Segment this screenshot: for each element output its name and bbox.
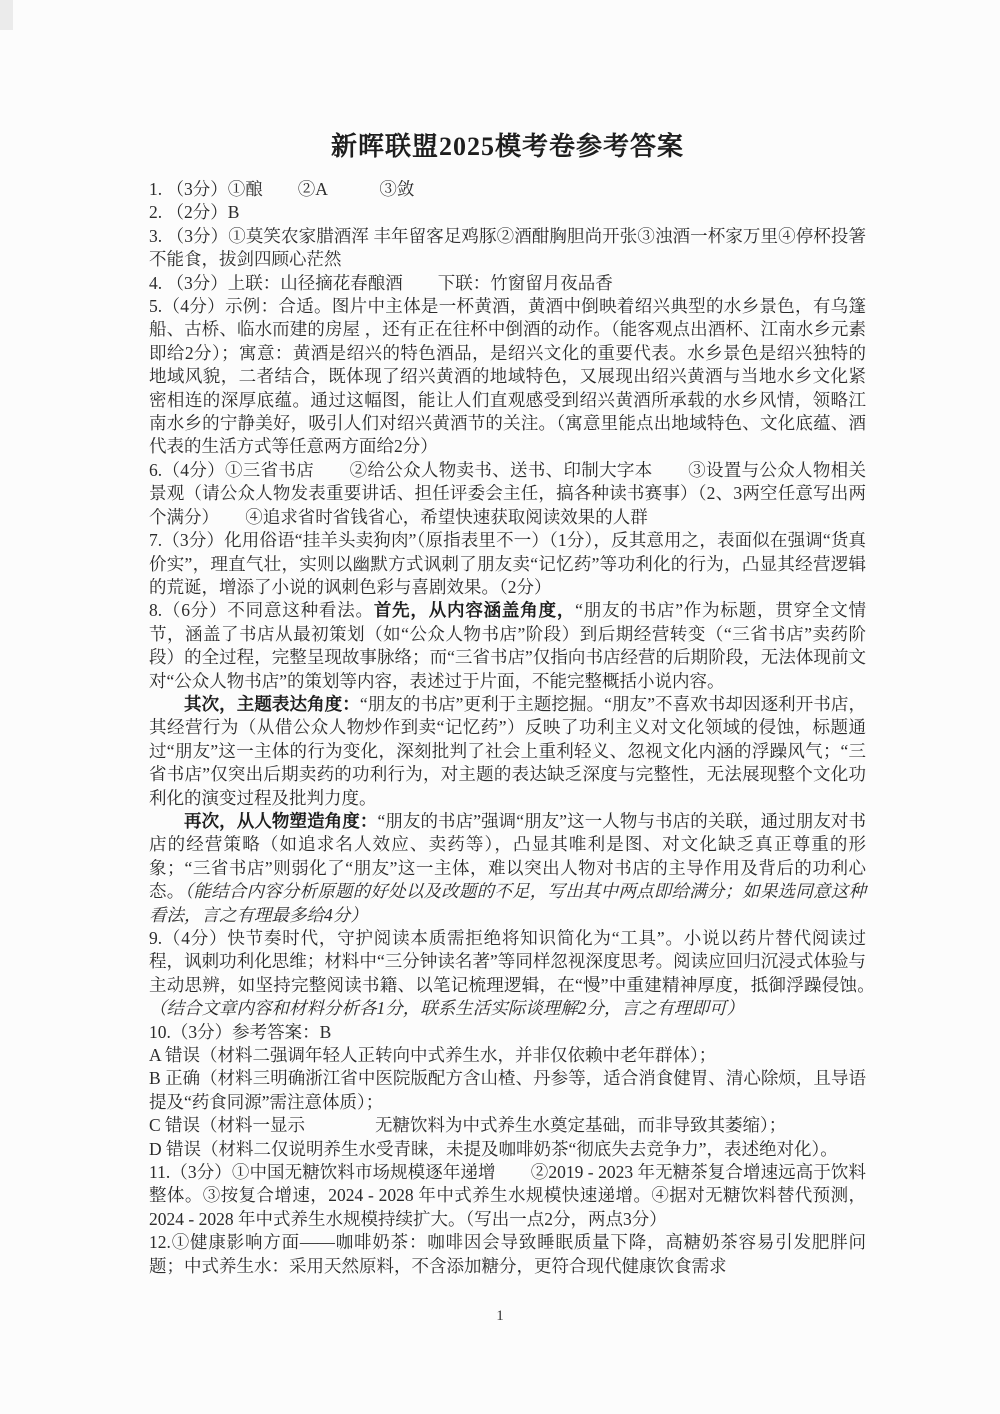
answer-q4: 4. （3分）上联：山径摘花春酿酒 下联：竹窗留月夜品香 [149,272,866,295]
answer-q10-option-c: C 错误（材料一显示 无糖饮料为中式养生水奠定基础，而非导致其萎缩）； [149,1114,866,1137]
answer-q8-lead: 8.（6分）不同意这种看法。 [149,600,374,620]
answers-content: 新晖联盟2025模考卷参考答案 1. （3分）①酿 ②A ③敛 2. （2分）B… [149,130,866,1278]
answer-q1: 1. （3分）①酿 ②A ③敛 [149,178,866,201]
answer-q6: 6.（4分）①三省书店 ②给公众人物卖书、送书、印制大字本 ③设置与公众人物相关… [149,459,866,529]
page-title: 新晖联盟2025模考卷参考答案 [149,130,866,164]
answer-q8c-grading-note: （能结合内容分析原题的好处以及改题的不足，写出其中两点即给满分；如果选同意这种看… [149,881,866,924]
answer-q7: 7.（3分）化用俗语“挂羊头卖狗肉”（原指表里不一）（1分），反其意用之，表面似… [149,529,866,599]
scan-artifact [0,0,13,30]
answer-q8-theme-angle: 其次，主题表达角度：“朋友的书店”更利于主题挖掘。“朋友”不喜欢书却因逐利开书店… [149,693,866,810]
answer-q8b-bold-heading: 其次，主题表达角度： [184,694,360,714]
answer-q8-character-angle: 再次，从人物塑造角度：“朋友的书店”强调“朋友”这一人物与书店的关联，通过朋友对… [149,810,866,927]
answer-q10: 10.（3分）参考答案：B [149,1021,866,1044]
answer-q9-grading-note: （结合文章内容和材料分析各1分，联系生活实际谈理解2分，言之有理即可） [149,998,744,1018]
answer-sheet-page: 新晖联盟2025模考卷参考答案 1. （3分）①酿 ②A ③敛 2. （2分）B… [0,0,1000,1414]
answer-q8c-bold-heading: 再次，从人物塑造角度： [184,811,377,831]
answer-q8-content-angle: 8.（6分）不同意这种看法。首先，从内容涵盖角度，“朋友的书店”作为标题，贯穿全… [149,599,866,693]
answer-q8-bold-heading: 首先，从内容涵盖角度， [374,600,575,620]
page-number: 1 [0,1308,1000,1325]
answer-q9: 9.（4分）快节奏时代，守护阅读本质需拒绝将知识简化为“工具”。小说以药片替代阅… [149,927,866,1021]
answer-q12: 12.①健康影响方面——咖啡奶茶：咖啡因会导致睡眠质量下降，高糖奶茶容易引发肥胖… [149,1231,866,1278]
answer-q5: 5.（4分）示例：合适。图片中主体是一杯黄酒，黄酒中倒映着绍兴典型的水乡景色，有… [149,295,866,459]
answer-q10-option-b: B 正确（材料三明确浙江省中医院版配方含山楂、丹参等，适合消食健胃、清心除烦，且… [149,1067,866,1114]
answer-q2: 2. （2分）B [149,201,866,224]
answer-q10-option-a: A 错误（材料二强调年轻人正转向中式养生水，并非仅依赖中老年群体）； [149,1044,866,1067]
answer-q11: 11.（3分）①中国无糖饮料市场规模逐年递增 ②2019 - 2023 年无糖茶… [149,1161,866,1231]
answer-q10-option-d: D 错误（材料二仅说明养生水受青睐，未提及咖啡奶茶“彻底失去竞争力”，表述绝对化… [149,1138,866,1161]
answer-q3: 3. （3分）①莫笑农家腊酒浑 丰年留客足鸡豚②酒酣胸胆尚开张③浊酒一杯家万里④… [149,225,866,272]
answer-q9-main: 9.（4分）快节奏时代，守护阅读本质需拒绝将知识简化为“工具”。小说以药片替代阅… [149,928,884,995]
